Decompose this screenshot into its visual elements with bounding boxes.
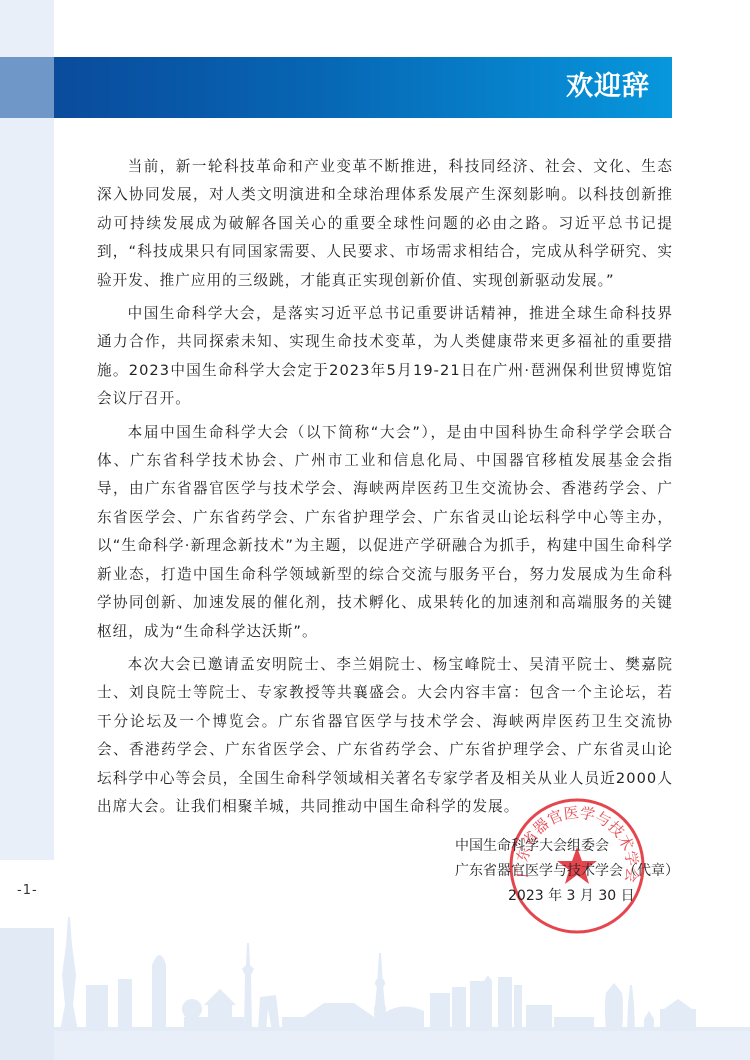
signature-block: 中国生命科学大会组委会 广东省器官医学与技术学会（代章） 2023 年 3 月 … (455, 834, 679, 909)
city-skyline-icon (54, 905, 750, 1031)
paragraph: 本届中国生命科学大会（以下简称“大会”），是由中国科协生命科学学会联合体、广东省… (97, 419, 673, 646)
paragraph: 当前，新一轮科技革命和产业变革不断推进，科技同经济、社会、文化、生态深入协同发展… (97, 153, 673, 295)
organizer-name: 中国生命科学大会组委会 (455, 834, 679, 859)
left-decorative-strip (0, 0, 54, 860)
footer-band (54, 1031, 750, 1060)
letter-body: 当前，新一轮科技革命和产业变革不断推进，科技同经济、社会、文化、生态深入协同发展… (97, 153, 673, 826)
paragraph: 中国生命科学大会，是落实习近平总书记重要讲话精神，推进全球生命科技界通力合作，共… (97, 300, 673, 414)
left-decorative-strip-bottom (0, 928, 54, 1060)
page-number: -1- (17, 883, 38, 898)
page-title: 欢迎辞 (566, 69, 650, 105)
paragraph: 本次大会已邀请孟安明院士、李兰娟院士、杨宝峰院士、吴清平院士、樊嘉院士、刘良院士… (97, 651, 673, 821)
title-banner: 欢迎辞 (54, 57, 672, 118)
banner-accent-block (0, 57, 54, 118)
co-organizer-name: 广东省器官医学与技术学会（代章） (455, 859, 679, 884)
